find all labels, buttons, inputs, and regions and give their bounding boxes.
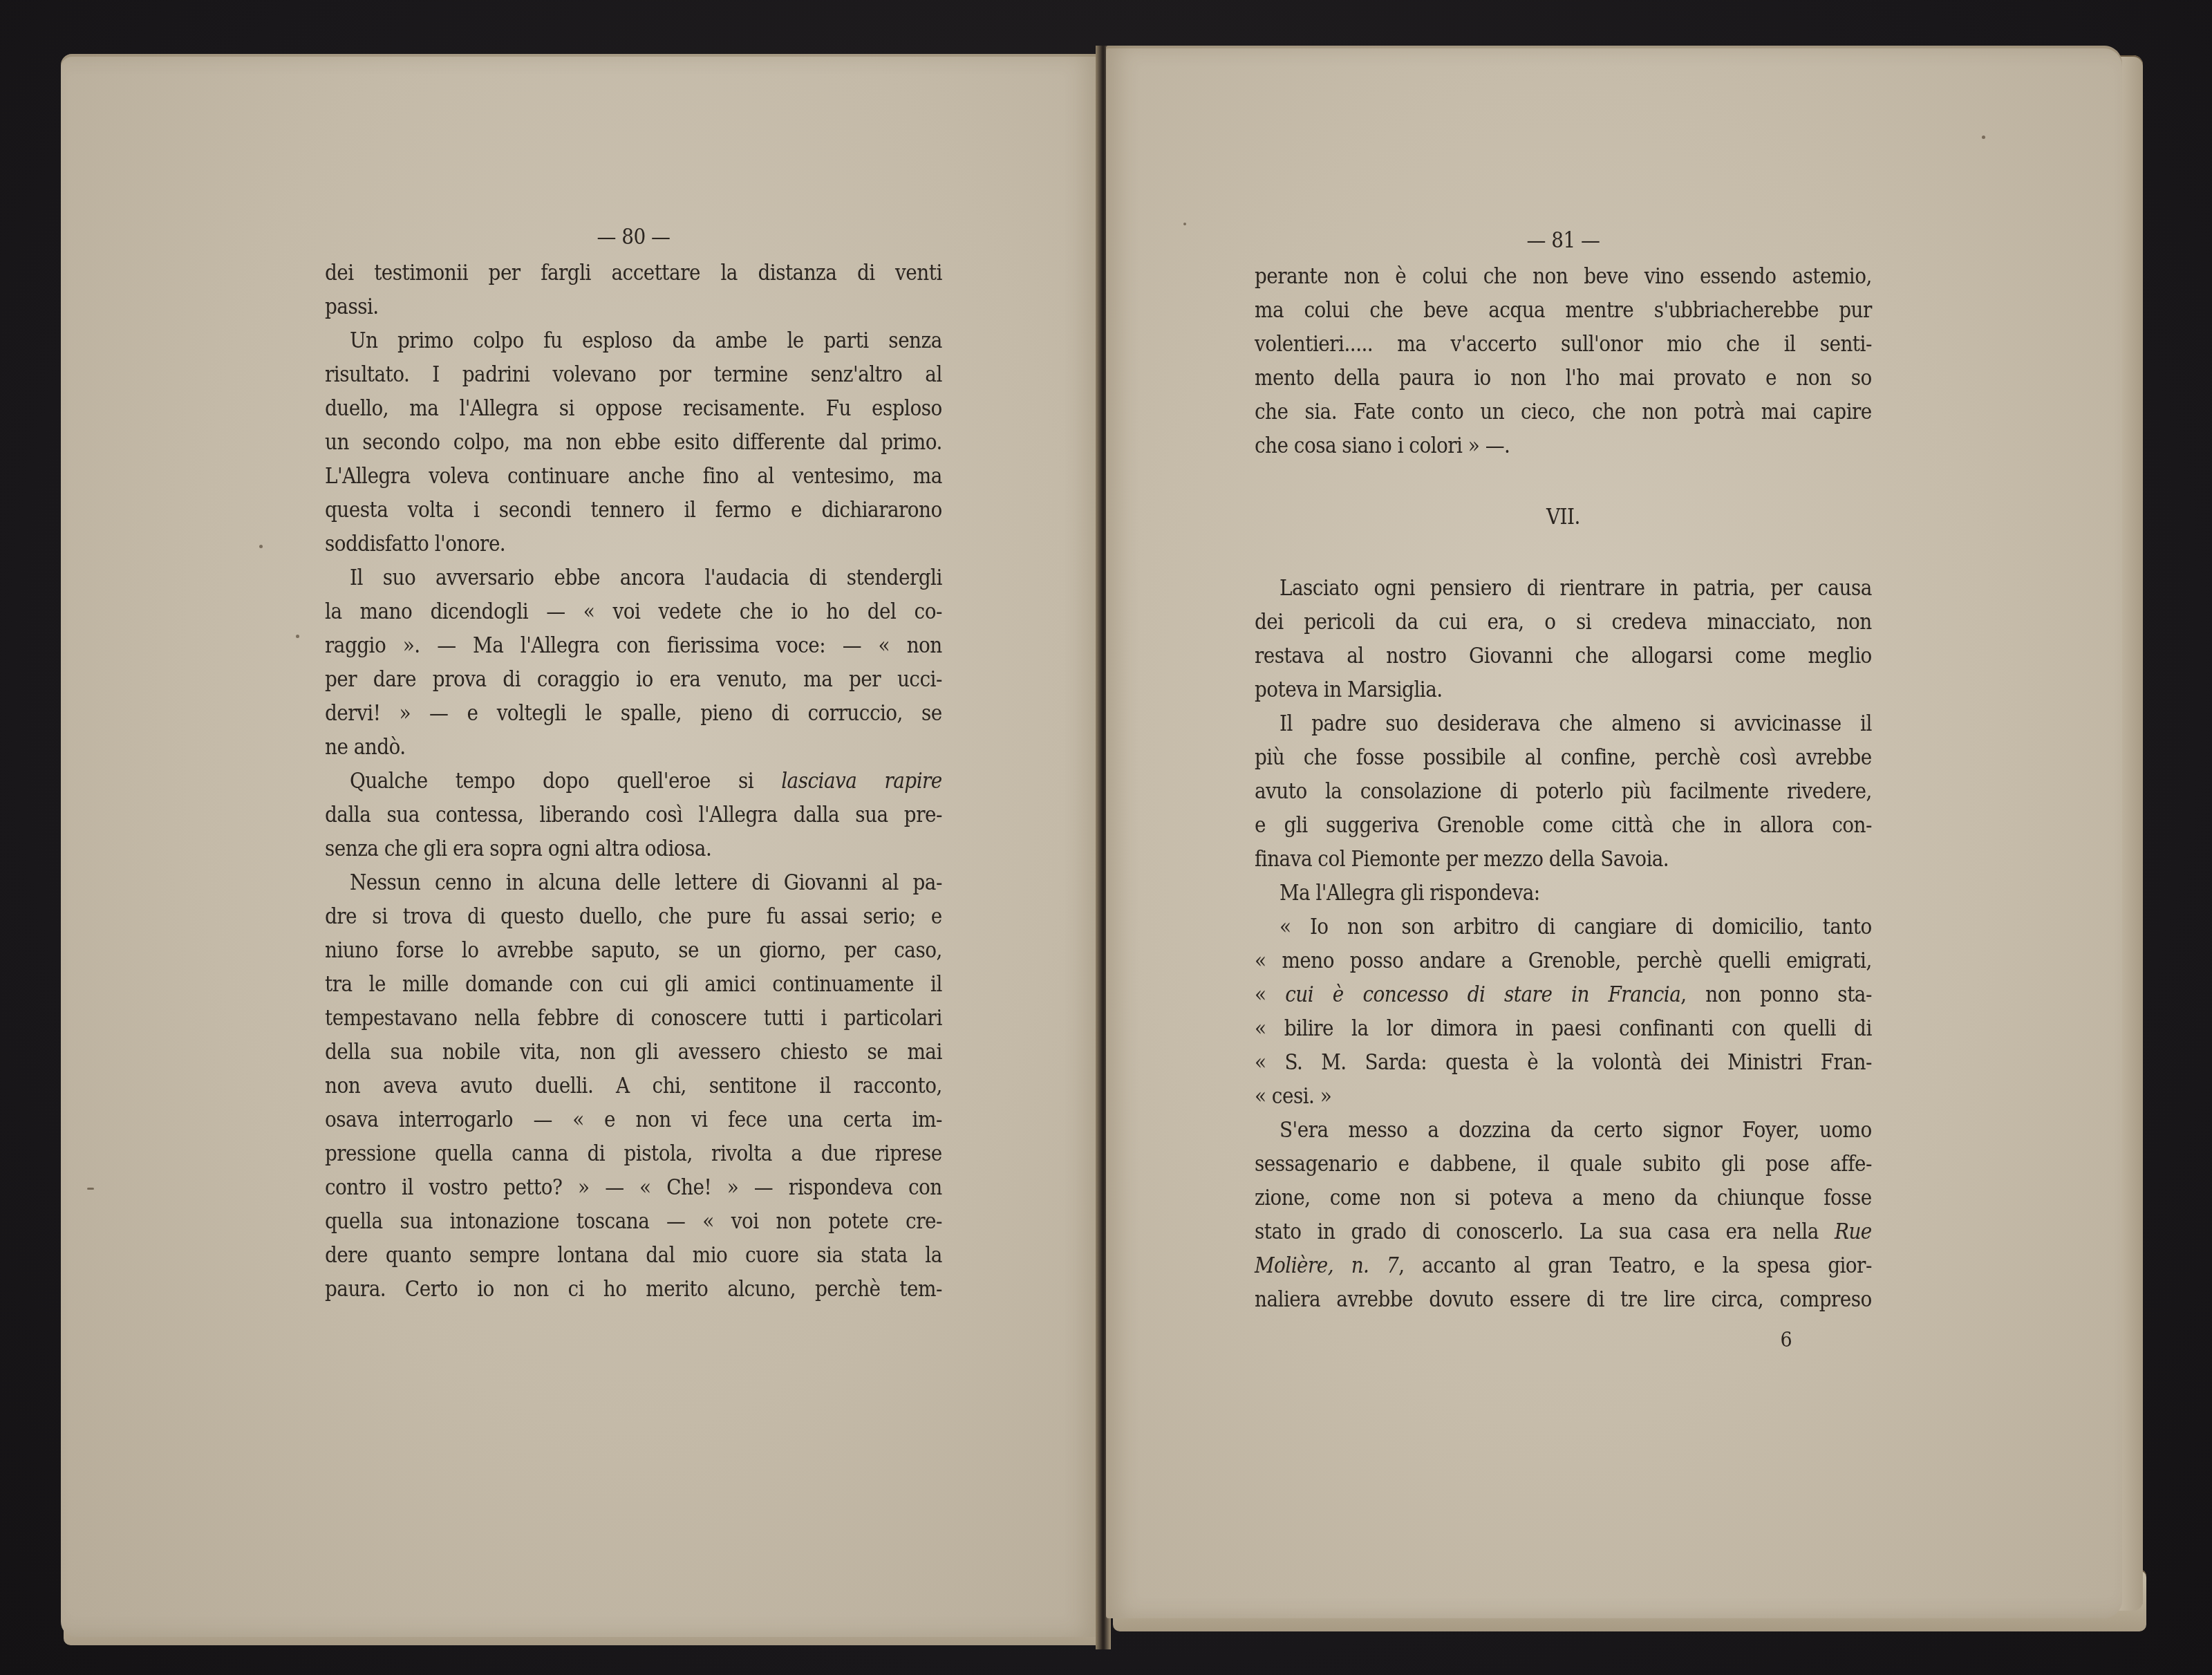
- text-line: dre si trova di questo duello, che pure …: [325, 903, 942, 930]
- text-line: naliera avrebbe dovuto essere di tre lir…: [1255, 1286, 1872, 1313]
- text-line-with-italic: stato in grado di conoscerlo. La sua cas…: [1255, 1218, 1872, 1246]
- text-line: Ma l'Allegra gli rispondeva:: [1255, 879, 1872, 907]
- text-line: dervi! » — e voltegli le spalle, pieno d…: [325, 700, 942, 727]
- text-line: Il suo avversario ebbe ancora l'audacia …: [325, 564, 942, 592]
- text-span: Qualche tempo dopo quell'eroe si: [350, 769, 781, 794]
- text-line: Un primo colpo fu esploso da ambe le par…: [325, 327, 942, 355]
- text-span: , accanto al gran Teatro, e la spesa gio…: [1398, 1253, 1872, 1278]
- italic-phrase: Rue: [1835, 1219, 1872, 1244]
- text-line: ne andò.: [325, 733, 942, 761]
- text-line: la mano dicendogli — « voi vedete che io…: [325, 598, 942, 626]
- text-line: « meno posso andare a Grenoble, perchè q…: [1255, 947, 1872, 975]
- text-line-with-italic: Qualche tempo dopo quell'eroe si lasciav…: [325, 767, 942, 795]
- text-line: restava al nostro Giovanni che allogarsi…: [1255, 642, 1872, 670]
- page-number-80: — 80 —: [325, 225, 942, 250]
- text-line-with-italic: « cui è concesso di stare in Francia, no…: [1255, 981, 1872, 1009]
- paper-speck: [296, 635, 299, 638]
- text-line: più che fosse possibile al confine, perc…: [1255, 744, 1872, 771]
- text-line: per dare prova di coraggio io era venuto…: [325, 666, 942, 693]
- text-line: avuto la consolazione di poterlo più fac…: [1255, 778, 1872, 805]
- text-line: quella sua intonazione toscana — « voi n…: [325, 1208, 942, 1235]
- text-span: «: [1255, 982, 1285, 1007]
- signature-mark: 6: [1781, 1328, 1792, 1352]
- text-line: pressione quella canna di pistola, rivol…: [325, 1140, 942, 1168]
- text-line: un secondo colpo, ma non ebbe esito diff…: [325, 429, 942, 456]
- text-line: dere quanto sempre lontana dal mio cuore…: [325, 1242, 942, 1269]
- text-line: volentieri..... ma v'accerto sull'onor m…: [1255, 330, 1872, 358]
- paper-speck: [1183, 223, 1186, 225]
- text-line: risultato. I padrini volevano por termin…: [325, 361, 942, 389]
- text-line: dei pericoli da cui era, o si credeva mi…: [1255, 608, 1872, 636]
- text-line: non aveva avuto duelli. A chi, sentitone…: [325, 1072, 942, 1100]
- text-line: che cosa siano i colori » —.: [1255, 432, 1872, 460]
- text-line: della sua nobile vita, non gli avessero …: [325, 1038, 942, 1066]
- text-line: raggio ». — Ma l'Allegra con fierissima …: [325, 632, 942, 659]
- paper-speck: [259, 545, 263, 548]
- italic-phrase: cui è concesso di stare in Francia: [1285, 982, 1680, 1007]
- text-line: Lasciato ogni pensiero di rientrare in p…: [1255, 574, 1872, 602]
- text-line: sessagenario e dabbene, il quale subito …: [1255, 1150, 1872, 1178]
- page-number-81: — 81 —: [1255, 228, 1872, 253]
- text-line-with-italic: Molière, n. 7, accanto al gran Teatro, e…: [1255, 1252, 1872, 1280]
- text-line: finava col Piemonte per mezzo della Savo…: [1255, 845, 1872, 873]
- text-line: L'Allegra voleva continuare anche fino a…: [325, 462, 942, 490]
- paper-speck: [1982, 135, 1985, 139]
- text-line: osava interrogarlo — « e non vi fece una…: [325, 1106, 942, 1134]
- text-line: questa volta i secondi tennero il fermo …: [325, 496, 942, 524]
- photo-scene: — 80 — dei testimonii per fargli accetta…: [0, 0, 2212, 1675]
- text-line: tra le mille domande con cui gli amici c…: [325, 971, 942, 998]
- text-line: dei testimonii per fargli accettare la d…: [325, 259, 942, 287]
- italic-phrase: lasciava rapire: [781, 769, 942, 794]
- text-line: S'era messo a dozzina da certo signor Fo…: [1255, 1116, 1872, 1144]
- text-line: passi.: [325, 293, 942, 321]
- text-line: paura. Certo io non ci ho merito alcuno,…: [325, 1275, 942, 1303]
- left-page: — 80 — dei testimonii per fargli accetta…: [61, 54, 1098, 1637]
- text-span: stato in grado di conoscerlo. La sua cas…: [1255, 1219, 1835, 1244]
- text-line: che sia. Fate conto un cieco, che non po…: [1255, 398, 1872, 426]
- text-line: « cesi. »: [1255, 1083, 1872, 1110]
- text-line: « bilire la lor dimora in paesi confinan…: [1255, 1015, 1872, 1042]
- italic-phrase: Molière, n. 7: [1255, 1253, 1398, 1278]
- text-line: Il padre suo desiderava che almeno si av…: [1255, 710, 1872, 738]
- chapter-heading: VII.: [1255, 503, 1872, 531]
- paper-speck: [87, 1188, 94, 1190]
- right-page: — 81 — perante non è colui che non beve …: [1106, 46, 2122, 1618]
- text-line: niuno forse lo avrebbe saputo, se un gio…: [325, 937, 942, 964]
- text-line: e gli suggeriva Grenoble come città che …: [1255, 812, 1872, 839]
- text-line: zione, come non si poteva a meno da chiu…: [1255, 1184, 1872, 1212]
- text-line: poteva in Marsiglia.: [1255, 676, 1872, 704]
- text-line: dalla sua contessa, liberando così l'All…: [325, 801, 942, 829]
- text-line: duello, ma l'Allegra si oppose recisamen…: [325, 395, 942, 422]
- text-line: soddisfatto l'onore.: [325, 530, 942, 558]
- text-span: , non ponno sta-: [1680, 982, 1872, 1007]
- text-line: perante non è colui che non beve vino es…: [1255, 263, 1872, 290]
- text-line: « Io non son arbitro di cangiare di domi…: [1255, 913, 1872, 941]
- text-line: mento della paura io non l'ho mai provat…: [1255, 364, 1872, 392]
- text-line: senza che gli era sopra ogni altra odios…: [325, 835, 942, 863]
- text-line: contro il vostro petto? » — « Che! » — r…: [325, 1174, 942, 1201]
- text-line: Nessun cenno in alcuna delle lettere di …: [325, 869, 942, 897]
- text-line: « S. M. Sarda: questa è la volontà dei M…: [1255, 1049, 1872, 1076]
- text-line: ma colui che beve acqua mentre s'ubbriac…: [1255, 297, 1872, 324]
- text-line: tempestavano nella febbre di conoscere t…: [325, 1004, 942, 1032]
